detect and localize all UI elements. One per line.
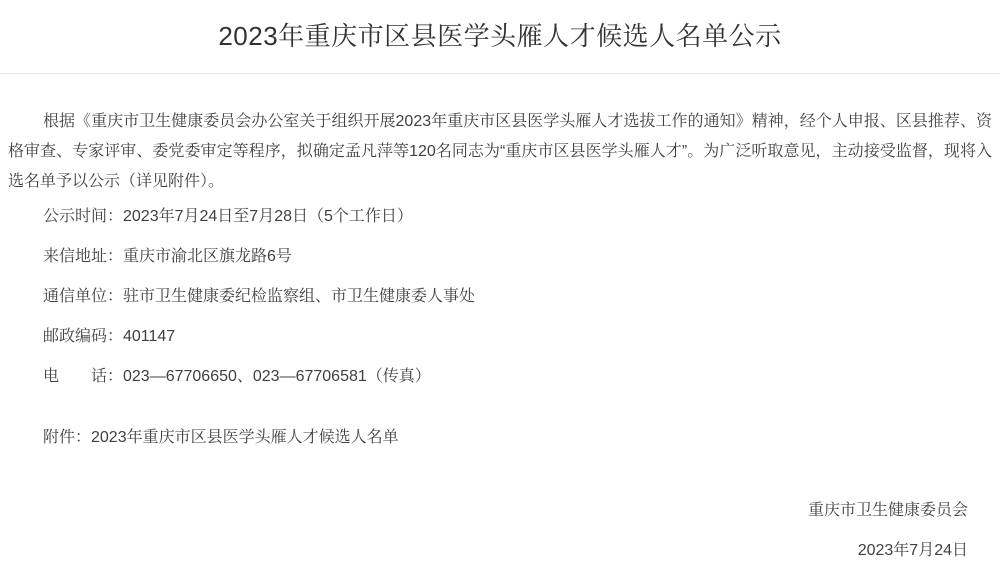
intro-paragraph: 根据《重庆市卫生健康委员会办公室关于组织开展2023年重庆市区县医学头雁人才选拔…	[8, 107, 992, 197]
article-body: 根据《重庆市卫生健康委员会办公室关于组织开展2023年重庆市区县医学头雁人才选拔…	[0, 107, 1000, 566]
attachment-line: 附件：2023年重庆市区县医学头雁人才候选人名单	[8, 423, 992, 453]
info-line-public-notice-period: 公示时间：2023年7月24日至7月28日（5个工作日）	[8, 202, 992, 232]
info-line-phone: 电 话：023—67706650、023—67706581（传真）	[8, 362, 992, 392]
announcement-page: 2023年重庆市区县医学头雁人才候选人名单公示 根据《重庆市卫生健康委员会办公室…	[0, 0, 1000, 566]
signature: 重庆市卫生健康委员会	[8, 496, 992, 526]
info-line-mail-address: 来信地址：重庆市渝北区旗龙路6号	[8, 242, 992, 272]
page-header: 2023年重庆市区县医学头雁人才候选人名单公示	[0, 0, 1000, 74]
page-title: 2023年重庆市区县医学头雁人才候选人名单公示	[0, 0, 1000, 73]
info-line-contact-unit: 通信单位：驻市卫生健康委纪检监察组、市卫生健康委人事处	[8, 282, 992, 312]
info-line-postal-code: 邮政编码：401147	[8, 322, 992, 352]
publish-date: 2023年7月24日	[8, 536, 992, 566]
